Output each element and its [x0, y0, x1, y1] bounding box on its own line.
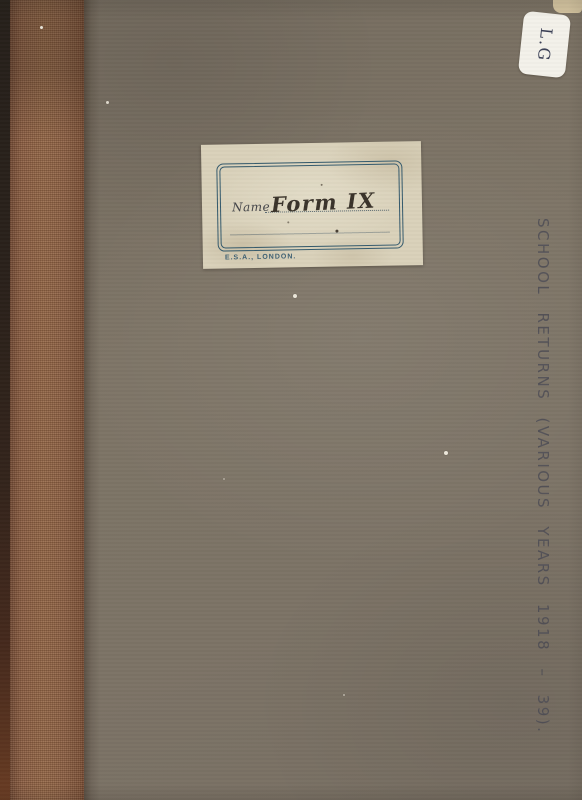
- label-maker-text: E.S.A., LONDON.: [225, 253, 297, 261]
- book-cover-photo: Name Form IX E.S.A., LONDON. L.G SCHOOL …: [0, 0, 582, 800]
- corner-paper-chip: [553, 0, 582, 13]
- label-speck: [321, 184, 323, 186]
- handwritten-name-value: Form IX: [270, 188, 376, 218]
- speck: [444, 451, 448, 455]
- label-border-inner: Name Form IX: [219, 163, 400, 248]
- label-speck: [335, 230, 338, 233]
- speck: [293, 294, 297, 298]
- cloth-spine: [10, 0, 84, 800]
- label-border: Name Form IX: [216, 160, 404, 251]
- book-page-edge: [0, 0, 10, 800]
- corner-sticker-text: L.G: [533, 26, 556, 62]
- speck: [343, 694, 345, 696]
- speck: [40, 26, 43, 29]
- name-dotted-line: Form IX: [264, 171, 389, 213]
- name-label: Name Form IX E.S.A., LONDON.: [201, 141, 423, 269]
- speck: [106, 101, 109, 104]
- vertical-handwritten-annotation: SCHOOL RETURNS (VARIOUS YEARS 1918 – 39)…: [534, 218, 552, 734]
- spine-hinge-shadow: [84, 0, 100, 800]
- speck: [223, 478, 225, 480]
- second-dotted-line: [231, 232, 390, 236]
- label-speck: [287, 221, 289, 223]
- corner-sticker: L.G: [518, 11, 571, 79]
